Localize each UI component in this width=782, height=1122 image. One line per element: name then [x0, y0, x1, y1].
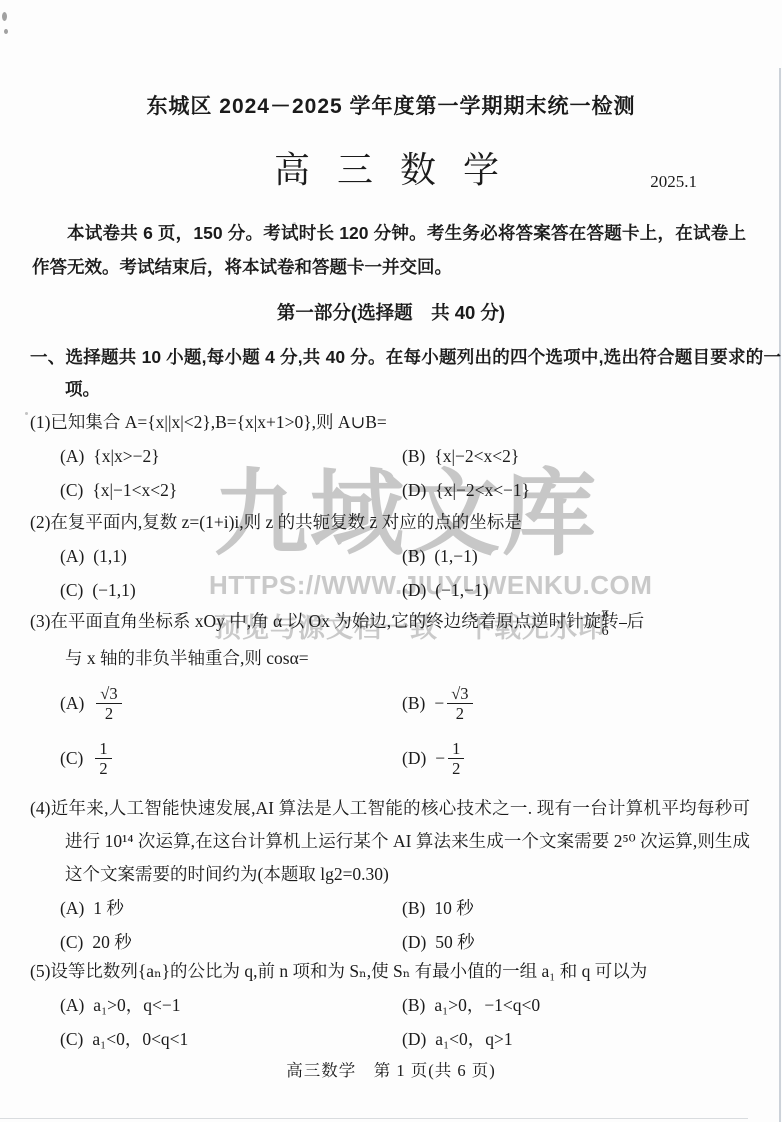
option-label: (B): [402, 989, 425, 1022]
option-value: a₁<0，0<q<1: [92, 1023, 188, 1056]
option-fraction: √32: [96, 685, 121, 723]
fraction-numerator: √3: [447, 685, 472, 704]
option-label: (B): [402, 440, 425, 473]
option-label: (C): [60, 1023, 83, 1056]
option-value: (1,1): [93, 540, 127, 573]
option-label: (B): [402, 540, 425, 573]
option-fraction: √32: [447, 685, 472, 723]
option-label: (D): [402, 474, 426, 507]
scan-speck: [2, 12, 7, 21]
option-fraction: 12: [95, 740, 111, 778]
option-b: (B) {x|−2<x<2}: [402, 440, 750, 473]
fraction-numerator: π: [619, 607, 627, 624]
option-label: (B): [402, 892, 425, 925]
option-b: (B) 10 秒: [402, 892, 750, 925]
exam-instructions-paragraph: 本试卷共 6 页，150 分。考试时长 120 分钟。考生务必将答案答在答题卡上…: [32, 217, 746, 284]
question-3-text-after-frac: 后: [627, 611, 645, 631]
question-2: (2)在复平面内,复数 z=(1+i)i,则 z 的共轭复数 z̄ 对应的点的坐…: [30, 506, 750, 607]
option-label: (A): [60, 892, 84, 925]
option-label: (A): [60, 440, 84, 473]
option-b: (B) − √32: [402, 677, 750, 730]
scan-edge-bottom: [0, 1118, 748, 1119]
option-c: (C) 12: [60, 732, 402, 785]
page-footer: 高三数学 第 1 页(共 6 页): [0, 1057, 782, 1081]
option-sign: −: [435, 742, 445, 775]
option-value: a₁<0，q>1: [435, 1023, 512, 1056]
fraction-denominator: 6: [619, 624, 627, 640]
option-a: (A) a₁>0，q<−1: [60, 989, 402, 1022]
option-value: 1 秒: [93, 892, 124, 925]
option-d: (D) − 12: [402, 732, 750, 785]
question-4: (4)近年来,人工智能快速发展,AI 算法是人工智能的核心技术之一. 现有一台计…: [30, 792, 750, 959]
option-a: (A) 1 秒: [60, 892, 402, 925]
question-4-options-row-1: (A) 1 秒 (B) 10 秒: [30, 892, 750, 925]
option-d: (D) {x|−2<x<−1}: [402, 474, 750, 507]
option-label: (A): [60, 687, 84, 720]
question-5: (5)设等比数列{aₙ}的公比为 q,前 n 项和为 Sₙ,使 Sₙ 有最小值的…: [30, 955, 750, 1056]
option-b: (B) (1,−1): [402, 540, 750, 573]
fraction-numerator: √3: [96, 685, 121, 704]
question-5-text: (5)设等比数列{aₙ}的公比为 q,前 n 项和为 Sₙ,使 Sₙ 有最小值的…: [30, 955, 750, 988]
option-label: (D): [402, 1023, 426, 1056]
option-a: (A) {x|x>−2}: [60, 440, 402, 473]
question-2-options-row-1: (A) (1,1) (B) (1,−1): [30, 540, 750, 573]
question-1: (1)已知集合 A={x||x|<2},B={x|x+1>0},则 A∪B= (…: [30, 406, 750, 507]
option-label: (C): [60, 742, 83, 775]
option-value: a₁>0，−1<q<0: [434, 989, 540, 1022]
option-value: {x|−2<x<2}: [434, 440, 519, 473]
option-a: (A) (1,1): [60, 540, 402, 573]
option-sign: −: [434, 687, 444, 720]
question-1-options-row-1: (A) {x|x>−2} (B) {x|−2<x<2}: [30, 440, 750, 473]
paper-date: 2025.1: [650, 172, 697, 192]
option-fraction: 12: [448, 740, 464, 778]
question-4-text: (4)近年来,人工智能快速发展,AI 算法是人工智能的核心技术之一. 现有一台计…: [30, 792, 750, 891]
option-label: (B): [402, 687, 425, 720]
scan-speck: [4, 29, 8, 34]
option-a: (A) √32: [60, 677, 402, 730]
question-3-options-row-2: (C) 12 (D) − 12: [30, 732, 750, 785]
option-value: {x|−1<x<2}: [92, 474, 177, 507]
option-label: (A): [60, 989, 84, 1022]
option-label: (A): [60, 540, 84, 573]
fraction-numerator: 1: [448, 740, 464, 759]
fraction-numerator: 1: [95, 740, 111, 759]
fraction-denominator: 2: [447, 704, 472, 722]
question-5-options-row-2: (C) a₁<0，0<q<1 (D) a₁<0，q>1: [30, 1023, 750, 1056]
fraction-denominator: 2: [95, 759, 111, 777]
option-value: {x|−2<x<−1}: [435, 474, 530, 507]
option-label: (C): [60, 474, 83, 507]
fraction-denominator: 2: [96, 704, 121, 722]
section1-instructions: 一、选择题共 10 小题,每小题 4 分,共 40 分。在每小题列出的四个选项中…: [30, 341, 781, 405]
fraction-denominator: 2: [448, 759, 464, 777]
exam-paper-page: 九域文库 HTTPS://WWW.JIUYUWENKU.COM 预览与源文档一致…: [0, 0, 782, 1122]
question-3-text-before-frac: (3)在平面直角坐标系 xOy 中,角 α 以 Ox 为始边,它的终边绕着原点逆…: [30, 611, 619, 631]
question-3-text-line1: (3)在平面直角坐标系 xOy 中,角 α 以 Ox 为始边,它的终边绕着原点逆…: [30, 600, 750, 642]
option-value: 10 秒: [434, 892, 473, 925]
option-value: (1,−1): [434, 540, 477, 573]
question-3: (3)在平面直角坐标系 xOy 中,角 α 以 Ox 为始边,它的终边绕着原点逆…: [30, 600, 750, 785]
scan-speck: [25, 412, 28, 415]
option-b: (B) a₁>0，−1<q<0: [402, 989, 750, 1022]
option-value: {x|x>−2}: [93, 440, 159, 473]
option-c: (C) a₁<0，0<q<1: [60, 1023, 402, 1056]
question-1-text: (1)已知集合 A={x||x|<2},B={x|x+1>0},则 A∪B=: [30, 406, 750, 439]
exam-title: 东城区 2024－2025 学年度第一学期期末统一检测: [0, 90, 782, 120]
question-2-text: (2)在复平面内,复数 z=(1+i)i,则 z 的共轭复数 z̄ 对应的点的坐…: [30, 506, 750, 539]
question-5-options-row-1: (A) a₁>0，q<−1 (B) a₁>0，−1<q<0: [30, 989, 750, 1022]
question-3-options-row-1: (A) √32 (B) − √32: [30, 677, 750, 730]
question-1-options-row-2: (C) {x|−1<x<2} (D) {x|−2<x<−1}: [30, 474, 750, 507]
option-c: (C) {x|−1<x<2}: [60, 474, 402, 507]
option-value: a₁>0，q<−1: [93, 989, 180, 1022]
part1-header: 第一部分(选择题 共 40 分): [0, 299, 782, 325]
question-3-text-line2: 与 x 轴的非负半轴重合,则 cosα=: [30, 642, 750, 675]
option-label: (D): [402, 742, 426, 775]
pi-over-6-fraction: π6: [619, 607, 627, 639]
scan-edge-right: [779, 68, 781, 1122]
option-d: (D) a₁<0，q>1: [402, 1023, 750, 1056]
